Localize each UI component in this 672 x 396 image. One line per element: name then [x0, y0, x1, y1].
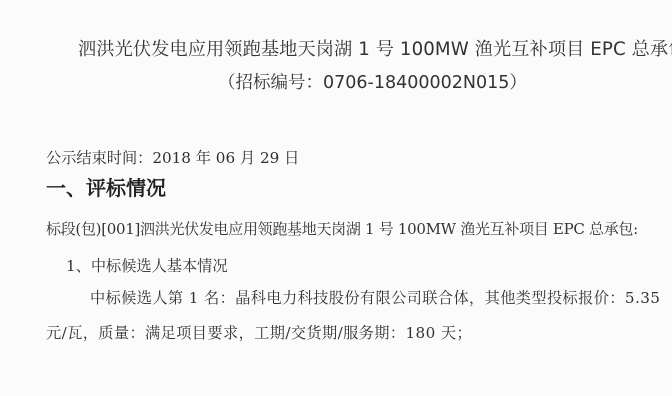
subsection-heading-candidates: 1、中标候选人基本情况 [66, 259, 228, 274]
tender-number: （招标编号：0706-18400002N015） [218, 75, 527, 93]
lot-description: 标段(包)[001]泗洪光伏发电应用领跑基地天岗湖 1 号 100MW 渔光互补… [46, 222, 638, 237]
document-title: 泗洪光伏发电应用领跑基地天岗湖 1 号 100MW 渔光互补项目 EPC 总承包 [78, 41, 672, 59]
candidate-1-line-1: 中标候选人第 1 名：晶科电力科技股份有限公司联合体，其他类型投标报价：5.35 [90, 291, 660, 306]
candidate-1-line-2: 元/瓦，质量：满足项目要求，工期/交货期/服务期：180 天； [46, 326, 472, 341]
section-heading-evaluation: 一、评标情况 [46, 178, 166, 198]
publicity-end-date: 公示结束时间：2018 年 06 月 29 日 [46, 151, 299, 166]
